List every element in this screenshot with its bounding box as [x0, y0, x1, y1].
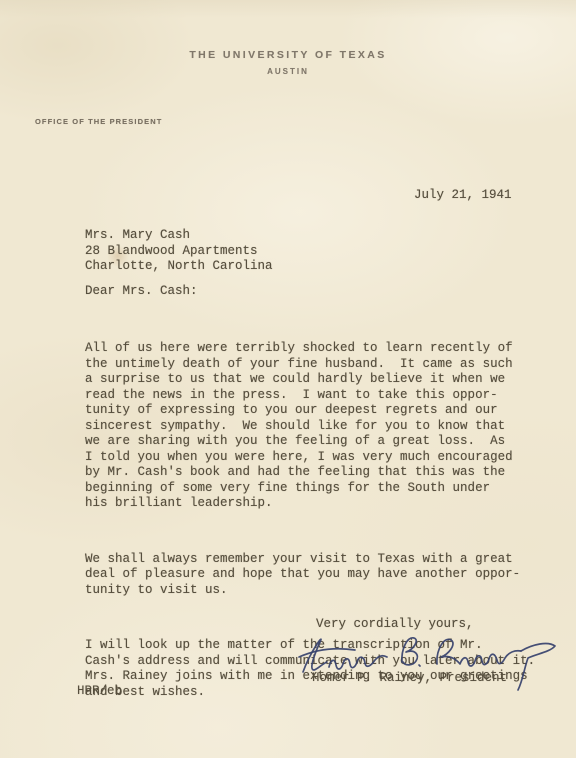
letterhead-institution: THE UNIVERSITY OF TEXAS: [0, 49, 576, 61]
typist-reference: HPR/eb: [77, 684, 122, 698]
letter-page: THE UNIVERSITY OF TEXAS AUSTIN OFFICE OF…: [0, 0, 576, 758]
letterhead-city: AUSTIN: [0, 67, 576, 76]
paragraph-2: We shall always remember your visit to T…: [85, 552, 535, 599]
letter-date: July 21, 1941: [414, 188, 512, 202]
recipient-address: Mrs. Mary Cash28 Blandwood ApartmentsCha…: [85, 228, 273, 275]
handwritten-signature-ink: [299, 624, 564, 702]
letterhead-office: OFFICE OF THE PRESIDENT: [35, 117, 162, 126]
signer-name-title: Homer P. Rainey, President: [312, 671, 507, 685]
salutation: Dear Mrs. Cash:: [85, 284, 198, 298]
paragraph-1: All of us here were terribly shocked to …: [85, 341, 535, 512]
